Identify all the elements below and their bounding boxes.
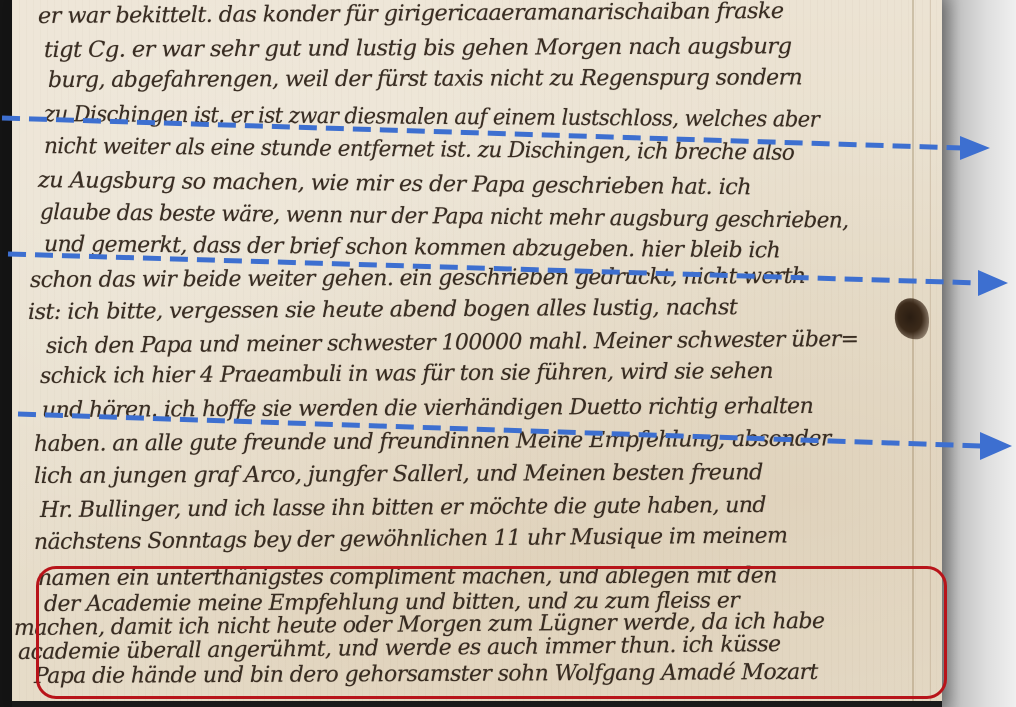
line-boundary-arrow-1: [0, 112, 1000, 132]
manuscript-line: Hr. Bullinger, und ich lasse ihn bitten …: [40, 493, 766, 523]
page-bottom-edge: [12, 701, 942, 707]
background-shadow: [942, 0, 1016, 707]
manuscript-line: er war bekittelt. das konder für giriger…: [38, 0, 784, 29]
manuscript-line: tigt Cg. er war sehr gut und lustig bis …: [44, 34, 792, 63]
dashed-arrow-icon: [8, 246, 1008, 296]
manuscript-image: er war bekittelt. das konder für giriger…: [0, 0, 1016, 707]
manuscript-line: lich an jungen graf Arco, jungfer Saller…: [34, 460, 763, 489]
dashed-arrow-icon: [18, 408, 1016, 458]
line-boundary-arrow-3: [18, 408, 1016, 428]
page-left-edge: [0, 0, 12, 707]
manuscript-line: burg, abgefahrengen, weil der fürst taxi…: [48, 65, 802, 93]
line-boundary-arrow-2: [8, 246, 1008, 266]
highlighted-passage-box: [36, 566, 947, 699]
manuscript-line: ist: ich bitte, vergessen sie heute aben…: [28, 295, 737, 325]
manuscript-line: schick ich hier 4 Praeambuli in was für …: [40, 359, 773, 389]
dashed-arrow-icon: [0, 112, 1000, 162]
